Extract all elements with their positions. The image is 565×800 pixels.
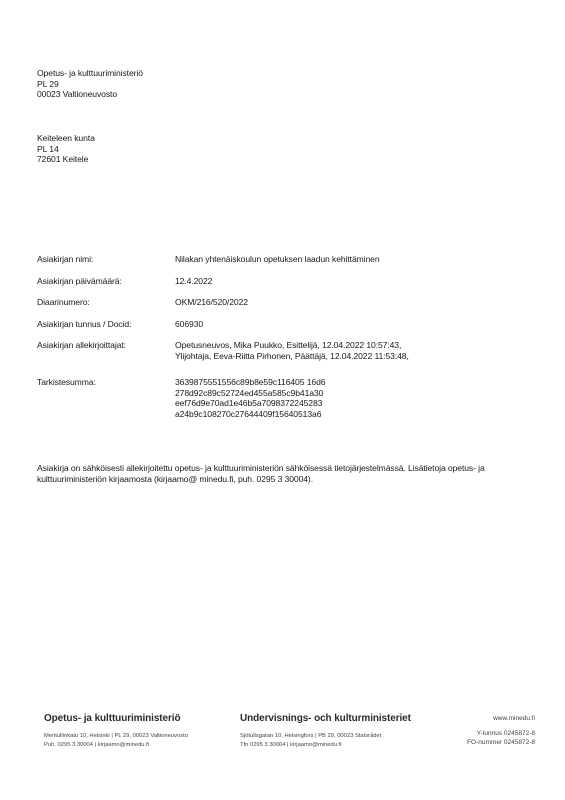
metadata-label: Asiakirjan päivämäärä: [37,276,122,287]
recipient-address: Keiteleen kunta PL 14 72601 Keitele [37,133,95,165]
footer-business-id: Y-tunnus 0245872-8 [467,729,535,738]
footer-address-fi: Meritullinkatu 10, Helsinki | PL 29, 000… [44,732,188,741]
sender-line: Opetus- ja kulttuuriministeriö [37,68,143,79]
metadata-label: Asiakirjan allekirjoittajat: [37,340,126,351]
footer-address-sv: Sjötullsgatan 10, Helsingfors | PB 29, 0… [240,732,411,741]
footer-contact-fi: Puh. 0295 3 30004 | kirjaamo@minedu.fi [44,741,188,750]
signature-note: Asiakirja on sähköisesti allekirjoitettu… [37,463,537,485]
sender-line: 00023 Valtioneuvosto [37,89,143,100]
footer-fo-number: FO-nummer 0245872-8 [467,738,535,747]
docid-value: 606930 [175,319,203,330]
signatory-line: Opetusneuvos, Mika Puukko, Esittelijä, 1… [175,340,409,351]
metadata-value: 12.4.2022 [175,276,212,287]
signatory-line: Ylijohtaja, Eeva-Riitta Pirhonen, Päättä… [175,351,409,362]
recipient-line: PL 14 [37,144,95,155]
metadata-value: Opetusneuvos, Mika Puukko, Esittelijä, 1… [175,340,409,361]
document-name-value: Nilakan yhtenäiskoulun opetuksen laadun … [175,254,380,265]
footer-swedish: Undervisnings- och kulturministeriet Sjö… [240,713,411,750]
footer-contact-sv: Tfn 0295 3 30004 | kirjaamo@minedu.fi [240,741,411,750]
checksum-line: a24b9c108270c27644409f15640513a6 [175,409,325,420]
sender-line: PL 29 [37,79,143,90]
footer-finnish: Opetus- ja kulttuuriministeriö Meritulli… [44,713,188,750]
checksum-line: 278d92c89c52724ed455a585c9b41a30 [175,388,325,399]
sender-address: Opetus- ja kulttuuriministeriö PL 29 000… [37,68,143,100]
metadata-value: OKM/216/520/2022 [175,297,248,308]
footer-ministry-name-fi: Opetus- ja kulttuuriministeriö [44,713,188,724]
metadata-label: Asiakirjan nimi: [37,254,93,265]
document-date-value: 12.4.2022 [175,276,212,287]
footer-right: www.minedu.fi Y-tunnus 0245872-8 FO-numm… [467,713,535,747]
footer-ministry-name-sv: Undervisnings- och kulturministeriet [240,713,411,724]
metadata-label: Tarkistesumma: [37,377,96,388]
metadata-value: Nilakan yhtenäiskoulun opetuksen laadun … [175,254,380,265]
recipient-line: 72601 Keitele [37,154,95,165]
metadata-value: 3639875551556c89b8e59c116405 16d6 278d92… [175,377,325,419]
checksum-line: eef76d9e70ad1e46b5a7098372245283 [175,398,325,409]
diary-number-value: OKM/216/520/2022 [175,297,248,308]
recipient-line: Keiteleen kunta [37,133,95,144]
checksum-line: 3639875551556c89b8e59c116405 16d6 [175,377,325,388]
metadata-label: Asiakirjan tunnus / Docid: [37,319,131,330]
metadata-value: 606930 [175,319,203,330]
footer-website-link[interactable]: www.minedu.fi [467,715,535,722]
metadata-label: Diaarinumero: [37,297,90,308]
